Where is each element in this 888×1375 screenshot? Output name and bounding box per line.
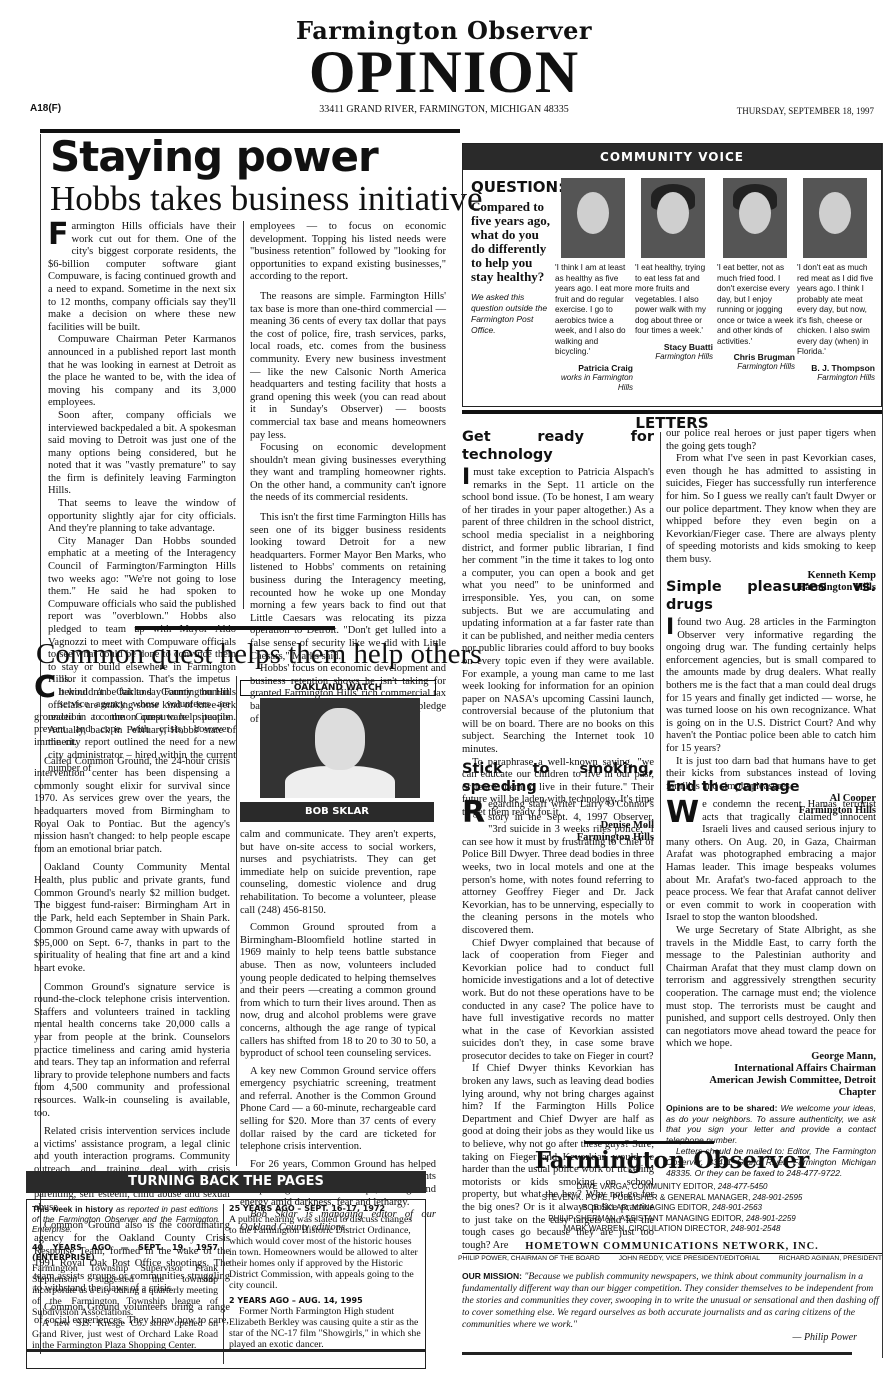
letter-continued: our police real heroes or just paper tig… — [666, 428, 876, 594]
question-panel: QUESTION: Compared to five years ago, wh… — [471, 178, 553, 336]
divider — [660, 432, 661, 1132]
entry-text: Former North Farmington High student Eli… — [229, 1306, 421, 1350]
paragraph: our police real heroes or just paper tig… — [666, 428, 876, 453]
entry-text: A public hearing was slated to discuss c… — [229, 1214, 421, 1291]
entry-text: A new S.S. Kresge Co. store opened on Gr… — [32, 1318, 218, 1351]
paragraph: A key new Common Ground service offers e… — [240, 1066, 436, 1154]
respondent-location: Farmington Hills — [717, 362, 795, 372]
officer: JOHN REDDY, VICE PRESIDENT/EDITORIAL — [619, 1254, 760, 1264]
letter-signature: George Mann, — [666, 1051, 876, 1063]
paragraph: From what I've seen in past Kevorkian ca… — [666, 453, 876, 566]
intro-label: This week in history — [32, 1204, 113, 1214]
paragraph: olor it compassion. That's the impetus b… — [34, 674, 230, 748]
turning-back-banner: TURNING BACK THE PAGES — [26, 1171, 426, 1193]
mission-text: "Because we publish community newspapers… — [462, 1271, 879, 1330]
column-title: Common quest helps them help others — [36, 638, 481, 670]
staff-name: MARK WARREN — [564, 1224, 625, 1233]
respondent-photo — [803, 178, 867, 258]
paragraph: Called Common Ground, the 24-hour crisis… — [34, 756, 230, 857]
dropcap: I — [462, 468, 470, 488]
section-title: OPINION — [0, 40, 888, 104]
paragraph: The reasons are simple. Farmington Hills… — [250, 291, 446, 442]
entry-heading: 2 YEARS AGO – AUG. 14, 1995 — [229, 1296, 421, 1306]
paragraph: Focusing on economic development shouldn… — [250, 442, 446, 505]
paragraph: That seems to leave the window of opport… — [48, 498, 236, 536]
paragraph: Common Ground sprouted from a Birmingham… — [240, 922, 436, 1061]
divider — [882, 143, 883, 1358]
turning-back-col-2: 25 YEARS AGO – SEPT. 16-17, 1972 A publi… — [229, 1204, 421, 1350]
mission-signature: — Philip Power — [462, 1332, 857, 1343]
letter-signature: American Jewish Committee, Detroit — [666, 1075, 876, 1087]
paragraph: found two Aug. 28 articles in the Farmin… — [666, 617, 876, 754]
officer: RICHARD AGINIAN, PRESIDENT — [779, 1254, 882, 1264]
editorial-subtitle: Hobbs takes business initiative — [50, 180, 483, 218]
paragraph: Chief Dwyer complained that because of l… — [462, 938, 654, 1064]
staff-phone: 248-901-2548 — [731, 1224, 781, 1233]
mission-label: OUR MISSION: — [462, 1271, 522, 1281]
respondent-location: Farmington Hills — [797, 373, 875, 383]
paragraph: Soon after, company officials we intervi… — [48, 410, 236, 498]
question-note: We asked this question outside the Farmi… — [471, 292, 553, 336]
respondent-photo — [641, 178, 705, 258]
respondent: 'I don't eat as much red meat as I did f… — [797, 178, 875, 383]
letter-title: Get ready for technology — [462, 428, 654, 464]
entry-text: Farmington Township Supervisor Frank Ste… — [32, 1263, 218, 1318]
entry-heading: 40 YEARS AGO — SEPT. 19, 1957 (ENTERPRIS… — [32, 1243, 218, 1263]
staff-phone: 248-901-2259 — [746, 1214, 796, 1223]
officers: PHILIP POWER, CHAIRMAN OF THE BOARD JOHN… — [458, 1254, 882, 1264]
respondent-photo — [723, 178, 787, 258]
respondent: 'I think I am at least as healthy as fiv… — [555, 178, 633, 393]
letter: Stick to smoking, speeding R egarding st… — [462, 760, 654, 1252]
author-photo — [260, 698, 420, 798]
staff-name: PHILIP SHERMAN — [548, 1214, 615, 1223]
staff-list: DAVE VARGA, COMMUNITY EDITOR, 248-477-54… — [462, 1182, 882, 1235]
mission-statement: OUR MISSION: "Because we publish communi… — [462, 1270, 882, 1331]
staff-name: STEVEN K. POPE — [542, 1193, 608, 1202]
divider — [462, 1352, 852, 1355]
divider — [26, 1349, 426, 1352]
staff-title: ASSISTANT MANAGING EDITOR — [620, 1214, 742, 1223]
turning-back-box: This week in history as reported in past… — [26, 1199, 426, 1369]
staff-phone: 248-901-2595 — [753, 1193, 803, 1202]
letter-signature: Chapter — [666, 1087, 876, 1099]
question-text: Compared to five years ago, what do you … — [471, 200, 553, 284]
respondent: 'I eat better, not as much fried food. I… — [717, 178, 795, 372]
staff-name: DAVE VARGA — [576, 1182, 627, 1191]
staff-title: PUBLISHER & GENERAL MANAGER — [612, 1193, 748, 1202]
respondent-quote: 'I think I am at least as healthy as fiv… — [555, 263, 633, 358]
paragraph: armington Hills officials have their wor… — [48, 221, 236, 333]
staff-title: COMMUNITY EDITOR — [632, 1182, 713, 1191]
letter-signature: International Affairs Chairman — [666, 1063, 876, 1075]
author-name: BOB SKLAR — [240, 802, 434, 822]
paragraph: egarding staff writer Larry O'Connor's s… — [462, 799, 654, 936]
divider — [584, 1141, 714, 1144]
dropcap: W — [666, 800, 699, 826]
community-voice-banner: COMMUNITY VOICE — [463, 144, 881, 170]
respondent-quote: 'I don't eat as much red meat as I did f… — [797, 263, 875, 358]
paragraph: Compuware Chairman Peter Karmanos announ… — [48, 334, 236, 410]
staff-phone: 248-901-2563 — [712, 1203, 762, 1212]
paragraph: employees — to focus on economic develop… — [250, 221, 446, 284]
officer: PHILIP POWER, CHAIRMAN OF THE BOARD — [458, 1254, 600, 1264]
respondent-quote: 'I eat healthy, trying to eat less fat a… — [635, 263, 713, 337]
staff-title: MANAGING EDITOR — [632, 1203, 708, 1212]
respondent-location: works in Farmington Hills — [555, 373, 633, 393]
paragraph: must take exception to Patricia Alspach'… — [462, 467, 654, 755]
paragraph: Oakland County Community Mental Health, … — [34, 862, 230, 975]
staff-phone: 248-477-5450 — [718, 1182, 768, 1191]
respondent-name: B. J. Thompson — [797, 363, 875, 373]
respondent: 'I eat healthy, trying to eat less fat a… — [635, 178, 713, 362]
paragraph: calm and communicate. They aren't expert… — [240, 829, 436, 917]
question-label: QUESTION: — [471, 178, 553, 196]
paragraph: We urge Secretary of State Albright, as … — [666, 925, 876, 1051]
respondent-name: Stacy Buatti — [635, 342, 713, 352]
dropcap: I — [666, 618, 674, 638]
editorial-title: Staying power — [50, 134, 378, 180]
divider — [236, 676, 237, 1166]
respondent-name: Chris Brugman — [717, 352, 795, 362]
respondent-photo — [561, 178, 625, 258]
staff-box-paper-name: Farmington Observer — [462, 1147, 882, 1175]
dropcap: R — [462, 800, 485, 826]
column-label: OAKLAND WATCH — [240, 680, 436, 696]
dateline: THURSDAY, SEPTEMBER 18, 1997 — [737, 106, 874, 116]
dropcap: C — [34, 675, 56, 701]
masthead: Farmington Observer OPINION A18(F) 33411… — [0, 0, 888, 128]
policy-lead: Opinions are to be shared: — [666, 1103, 778, 1113]
community-voice-box: COMMUNITY VOICE QUESTION: Compared to fi… — [462, 143, 882, 407]
network-name: HOMETOWN COMMUNICATIONS NETWORK, INC. — [462, 1240, 882, 1254]
staff-row: MARK WARREN, CIRCULATION DIRECTOR, 248-9… — [462, 1224, 882, 1235]
entry-heading: 25 YEARS AGO – SEPT. 16-17, 1972 — [229, 1204, 421, 1214]
divider — [135, 626, 335, 630]
letter-title: Simple pleasures vs. drugs — [666, 578, 876, 614]
letter-title: Stick to smoking, speeding — [462, 760, 654, 796]
divider — [243, 221, 244, 609]
dropcap: F — [48, 222, 69, 248]
staff-row: DAVE VARGA, COMMUNITY EDITOR, 248-477-54… — [462, 1182, 882, 1193]
staff-row: STEVEN K. POPE, PUBLISHER & GENERAL MANA… — [462, 1193, 882, 1204]
turning-back-col-1: This week in history as reported in past… — [32, 1204, 218, 1351]
staff-row: PHILIP SHERMAN, ASSISTANT MANAGING EDITO… — [462, 1214, 882, 1225]
staff-row: BOB SKLAR, MANAGING EDITOR, 248-901-2563 — [462, 1203, 882, 1214]
respondent-name: Patricia Craig — [555, 363, 633, 373]
paragraph: Common Ground's signature service is rou… — [34, 982, 230, 1121]
staff-title: CIRCULATION DIRECTOR — [629, 1224, 727, 1233]
respondent-location: Farmington Hills — [635, 352, 713, 362]
respondent-quote: 'I eat better, not as much fried food. I… — [717, 263, 795, 347]
staff-name: BOB SKLAR — [582, 1203, 627, 1212]
letter-title: End the carnage — [666, 778, 876, 796]
divider — [223, 1204, 224, 1364]
letter: End the carnage W e condemn the recent H… — [666, 778, 876, 1178]
